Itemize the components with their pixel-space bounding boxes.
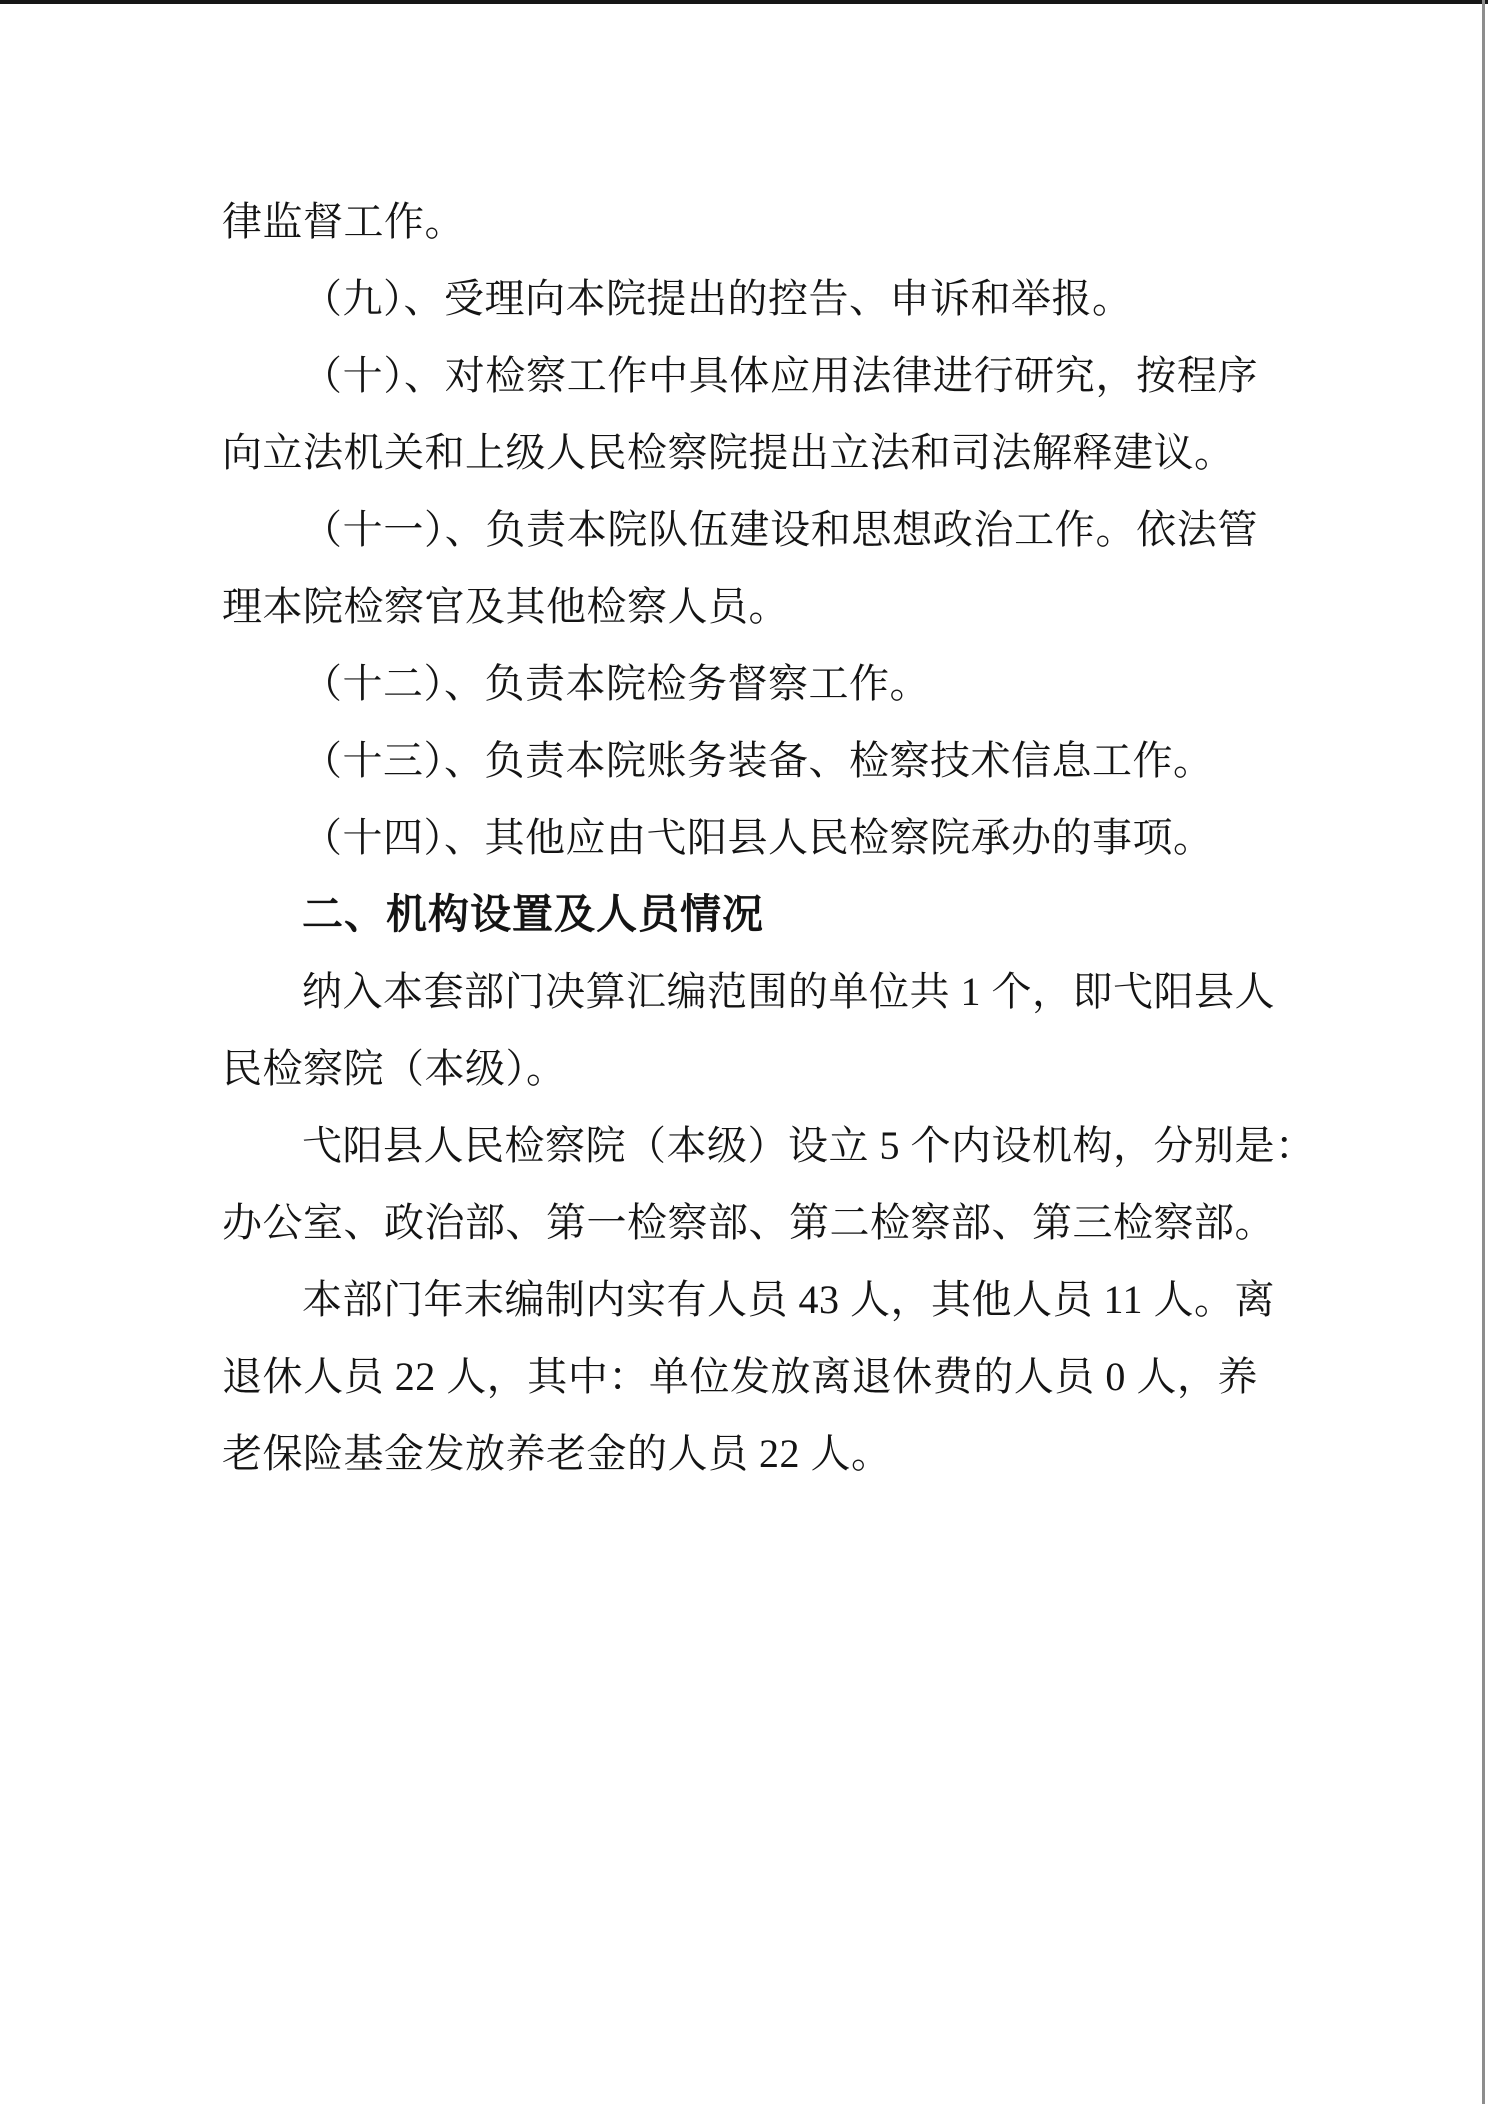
page-top-border	[0, 0, 1488, 4]
text-line: （十一）、负责本院队伍建设和思想政治工作。依法管	[222, 491, 1258, 568]
section-heading: 二、机构设置及人员情况	[222, 876, 1258, 953]
document-page: 律监督工作。 （九）、受理向本院提出的控告、申诉和举报。 （十）、对检察工作中具…	[0, 0, 1488, 2104]
text-line: 律监督工作。	[222, 183, 1258, 260]
text-line: 民检察院（本级）。	[222, 1030, 1258, 1107]
document-body: 律监督工作。 （九）、受理向本院提出的控告、申诉和举报。 （十）、对检察工作中具…	[222, 183, 1258, 1492]
text-line: （九）、受理向本院提出的控告、申诉和举报。	[222, 260, 1258, 337]
text-line: （十二）、负责本院检务督察工作。	[222, 645, 1258, 722]
text-line: 本部门年末编制内实有人员 43 人，其他人员 11 人。离	[222, 1261, 1258, 1338]
text-line: （十三）、负责本院账务装备、检察技术信息工作。	[222, 722, 1258, 799]
text-line: 理本院检察官及其他检察人员。	[222, 568, 1258, 645]
text-line: （十）、对检察工作中具体应用法律进行研究，按程序	[222, 337, 1258, 414]
text-line: （十四）、其他应由弋阳县人民检察院承办的事项。	[222, 799, 1258, 876]
text-line: 弋阳县人民检察院（本级）设立 5 个内设机构，分别是：	[222, 1107, 1258, 1184]
text-line: 老保险基金发放养老金的人员 22 人。	[222, 1415, 1258, 1492]
text-line: 退休人员 22 人，其中：单位发放离退休费的人员 0 人，养	[222, 1338, 1258, 1415]
text-line: 向立法机关和上级人民检察院提出立法和司法解释建议。	[222, 414, 1258, 491]
page-right-edge-line	[1482, 0, 1485, 2104]
text-line: 办公室、政治部、第一检察部、第二检察部、第三检察部。	[222, 1184, 1258, 1261]
text-line: 纳入本套部门决算汇编范围的单位共 1 个，即弋阳县人	[222, 953, 1258, 1030]
